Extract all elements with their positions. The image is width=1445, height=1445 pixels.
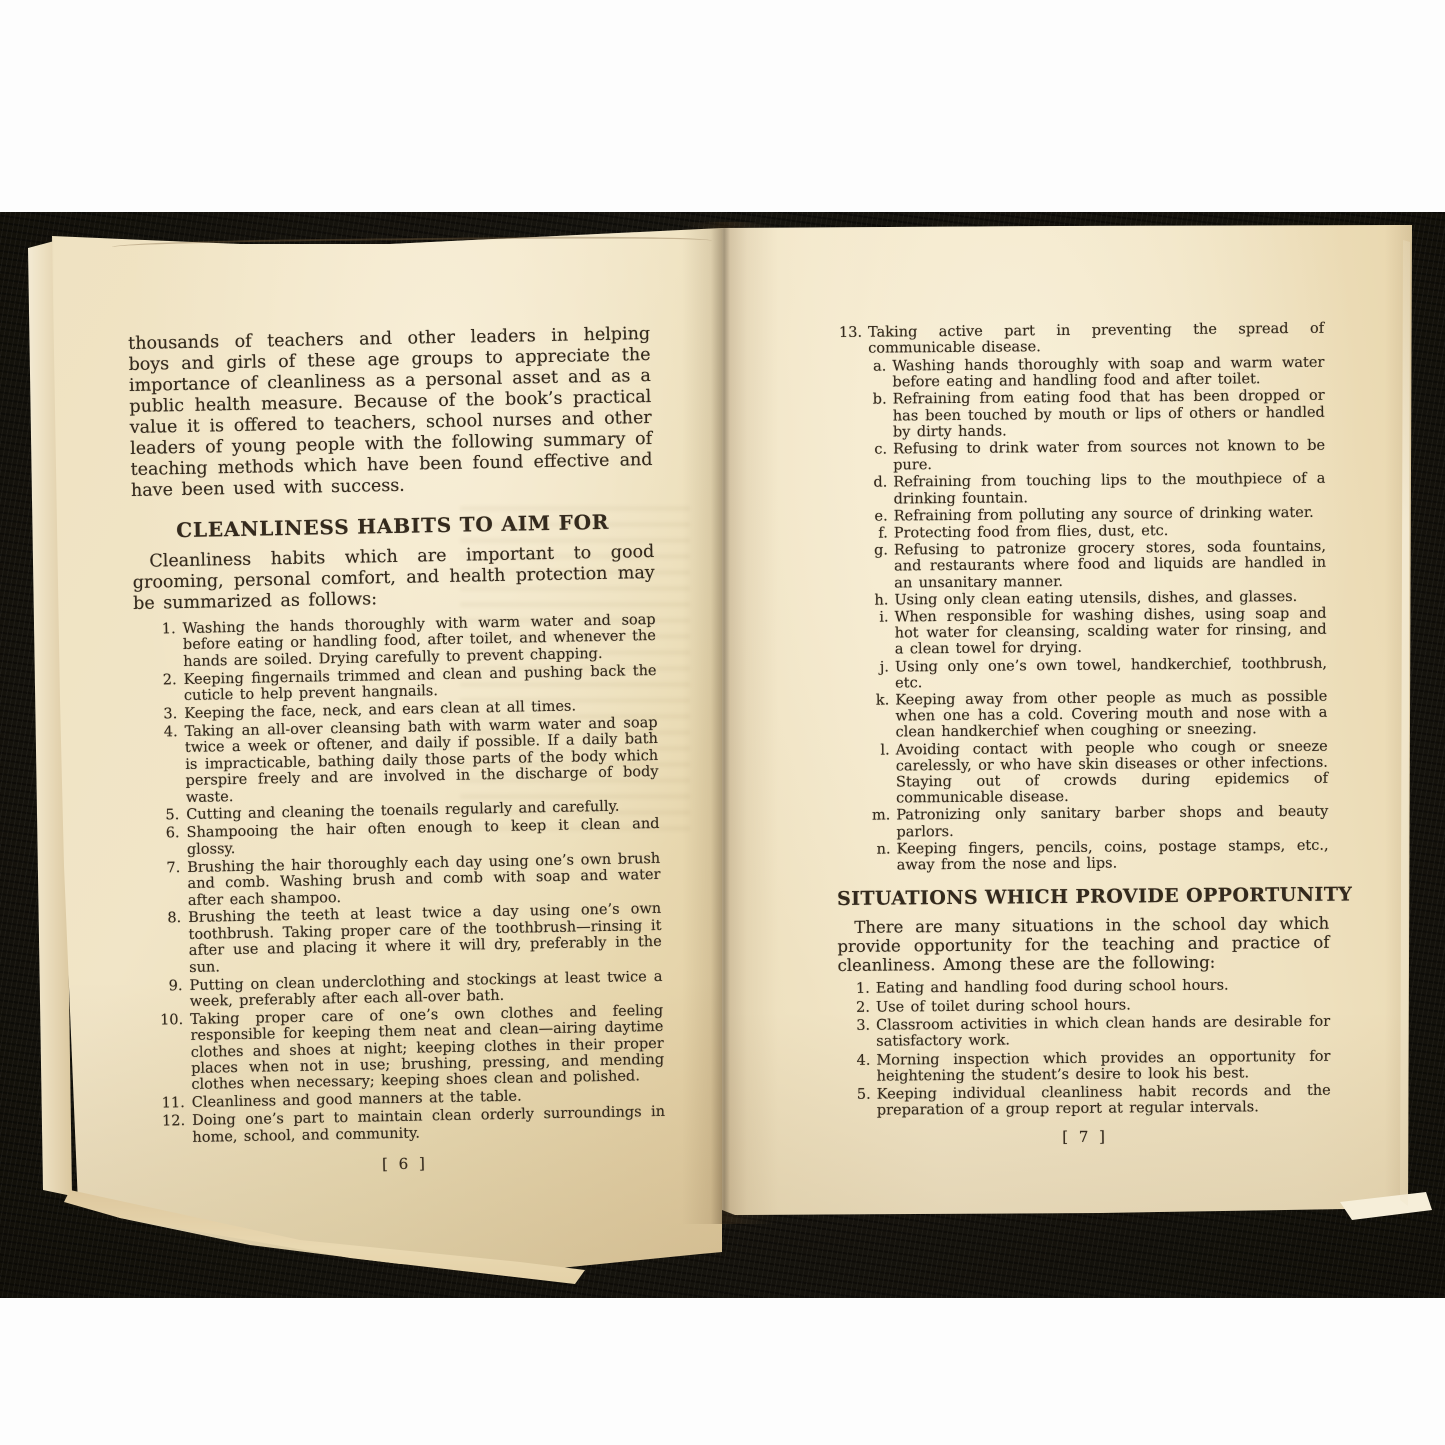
sub-item-letter: f. bbox=[868, 525, 894, 541]
sub-item-letter: d. bbox=[867, 475, 893, 508]
list-item: 3.Classroom activities in which clean ha… bbox=[848, 1014, 1330, 1050]
item-text: Taking proper care of one’s own clothes … bbox=[190, 1003, 664, 1094]
item-number: 6. bbox=[149, 825, 187, 859]
sub-item-text: Patronizing only sanitary barber shops a… bbox=[896, 804, 1328, 840]
sub-item-letter: g. bbox=[868, 543, 894, 592]
item-number: 12. bbox=[155, 1113, 193, 1147]
item-number: 5. bbox=[849, 1087, 877, 1119]
item-text: Morning inspection which provides an opp… bbox=[876, 1048, 1330, 1084]
sub-item: g.Refusing to patronize grocery stores, … bbox=[868, 539, 1326, 592]
sub-item-text: Refusing to patronize grocery stores, so… bbox=[894, 539, 1326, 591]
list-item: 4.Morning inspection which provides an o… bbox=[848, 1048, 1330, 1084]
item-number: 2. bbox=[147, 672, 185, 706]
item-number: 8. bbox=[151, 910, 189, 976]
sub-item: n.Keeping fingers, pencils, coins, posta… bbox=[871, 837, 1329, 873]
sub-item: i.When responsible for washing dishes, u… bbox=[868, 606, 1326, 659]
sub-item-text: Refusing to drink water from sources not… bbox=[893, 438, 1325, 474]
item-number: 2. bbox=[848, 999, 876, 1015]
item-text: Classroom activities in which clean hand… bbox=[876, 1014, 1330, 1050]
item-number: 3. bbox=[848, 1018, 876, 1050]
list-item: 1.Eating and handling food during school… bbox=[848, 977, 1330, 997]
sub-item-text: Washing hands thoroughly with soap and w… bbox=[892, 355, 1324, 391]
list-item: 4.Taking an all-over cleansing bath with… bbox=[148, 715, 659, 807]
item-number: 10. bbox=[153, 1012, 192, 1095]
sub-item-text: Keeping away from other people as much a… bbox=[895, 689, 1327, 741]
list-item: 10.Taking proper care of one’s own cloth… bbox=[153, 1003, 664, 1095]
sub-item: b.Refraining from eating food that has b… bbox=[867, 388, 1325, 441]
item-text: Taking active part in preventing the spr… bbox=[868, 321, 1324, 357]
item-number: 3. bbox=[147, 706, 184, 723]
sub-item-letter: c. bbox=[867, 441, 893, 474]
sub-item: k.Keeping away from other people as much… bbox=[869, 689, 1327, 742]
item-text: Brushing the teeth at least twice a day … bbox=[188, 901, 662, 976]
sub-item-text: Using only one’s own towel, handkerchief… bbox=[895, 655, 1327, 691]
lettered-sub-list: a.Washing hands thoroughly with soap and… bbox=[866, 355, 1328, 874]
item-text: Washing the hands thoroughly with warm w… bbox=[183, 612, 657, 670]
sub-item-letter: n. bbox=[871, 841, 897, 874]
sub-item-letter: l. bbox=[870, 742, 897, 807]
item-text: Use of toilet during school hours. bbox=[876, 995, 1330, 1015]
sub-item-letter: e. bbox=[868, 508, 894, 524]
sub-item: c.Refusing to drink water from sources n… bbox=[867, 438, 1325, 474]
list-item: 7.Brushing the hair thoroughly each day … bbox=[150, 851, 661, 910]
habits-numbered-list: 1.Washing the hands thoroughly with warm… bbox=[146, 612, 666, 1147]
body-paragraph: thousands of teachers and other leaders … bbox=[128, 324, 653, 502]
item-text: Taking an all-over cleansing bath with w… bbox=[184, 715, 658, 806]
item-text: Doing one’s part to maintain clean order… bbox=[192, 1104, 666, 1146]
sub-item-text: Refraining from eating food that has bee… bbox=[893, 388, 1325, 440]
sub-item-letter: h. bbox=[868, 592, 894, 608]
section-heading-situations: SITUATIONS WHICH PROVIDE OPPORTUNITY bbox=[837, 884, 1329, 910]
item-text: Eating and handling food during school h… bbox=[876, 977, 1330, 997]
item-number: 5. bbox=[149, 807, 186, 824]
situations-numbered-list: 1.Eating and handling food during school… bbox=[848, 977, 1331, 1119]
item-number: 13. bbox=[832, 325, 868, 358]
sub-item: a.Washing hands thoroughly with soap and… bbox=[866, 355, 1324, 391]
item-text: Keeping individual cleanliness habit rec… bbox=[877, 1083, 1331, 1119]
list-item: 8.Brushing the teeth at least twice a da… bbox=[151, 901, 662, 976]
photo-canvas: thousands of teachers and other leaders … bbox=[0, 0, 1445, 1445]
item-text: Brushing the hair thoroughly each day us… bbox=[187, 851, 661, 909]
sub-item-letter: k. bbox=[869, 692, 895, 741]
fabric-backdrop: thousands of teachers and other leaders … bbox=[0, 212, 1445, 1298]
sub-item: d.Refraining from touching lips to the m… bbox=[867, 471, 1325, 507]
list-item: 2.Use of toilet during school hours. bbox=[848, 995, 1330, 1015]
situations-intro-paragraph: There are many situations in the school … bbox=[837, 914, 1329, 975]
sub-item-letter: i. bbox=[868, 609, 894, 658]
list-item: 1.Washing the hands thoroughly with warm… bbox=[146, 612, 657, 671]
item-number: 1. bbox=[848, 981, 876, 997]
left-page-text-block: thousands of teachers and other leaders … bbox=[128, 324, 666, 1178]
item-number: 7. bbox=[150, 860, 188, 910]
sub-item-text: Keeping fingers, pencils, coins, postage… bbox=[897, 837, 1329, 873]
sub-item-letter: j. bbox=[869, 659, 895, 692]
sub-item-letter: b. bbox=[867, 392, 893, 441]
item-number: 11. bbox=[155, 1095, 192, 1112]
list-item: 5.Keeping individual cleanliness habit r… bbox=[849, 1083, 1331, 1119]
item-number: 9. bbox=[152, 977, 190, 1011]
sub-item-text: Refraining from touching lips to the mou… bbox=[893, 471, 1325, 507]
sub-item-text: Avoiding contact with people who cough o… bbox=[896, 738, 1329, 807]
right-page-text-block: 13. Taking active part in preventing the… bbox=[832, 320, 1331, 1148]
item-number: 4. bbox=[148, 724, 187, 807]
list-item-13: 13. Taking active part in preventing the… bbox=[832, 321, 1324, 358]
item-number: 1. bbox=[146, 621, 184, 671]
section-heading-cleanliness-habits: CLEANLINESS HABITS TO AIM FOR bbox=[132, 509, 654, 543]
list-intro-paragraph: Cleanliness habits which are important t… bbox=[132, 542, 655, 615]
sub-item: j.Using only one’s own towel, handkerchi… bbox=[869, 655, 1327, 691]
sub-item-letter: m. bbox=[870, 808, 896, 841]
sub-item: l.Avoiding contact with people who cough… bbox=[870, 738, 1329, 807]
item-number: 4. bbox=[848, 1052, 876, 1084]
sub-item: m.Patronizing only sanitary barber shops… bbox=[870, 804, 1328, 840]
sub-item-letter: a. bbox=[866, 358, 892, 391]
sub-item-text: When responsible for washing dishes, usi… bbox=[894, 606, 1326, 658]
